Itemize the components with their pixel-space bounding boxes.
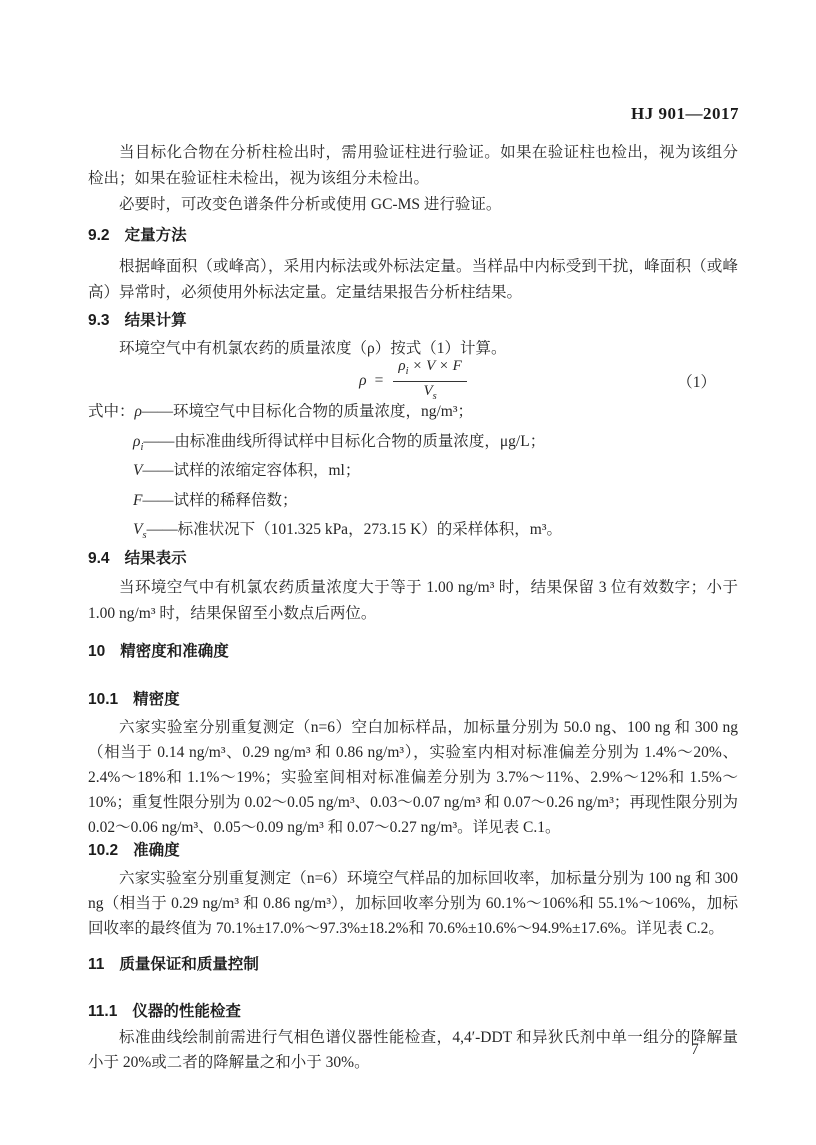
section-number: 9.2: [88, 225, 110, 247]
section-number: 10.1: [88, 689, 118, 711]
section-number: 11.1: [88, 1001, 117, 1023]
definition-rho-i: ρi——由标准曲线所得试样中目标化合物的质量浓度，μg/L；: [88, 430, 738, 460]
section-heading-9-4: 9.4 结果表示: [88, 548, 738, 570]
section-number: 9.4: [88, 548, 110, 570]
chapter-heading-11: 11 质量保证和质量控制: [88, 954, 738, 976]
chapter-heading-10: 10 精密度和准确度: [88, 641, 738, 663]
equals-sign: =: [375, 372, 384, 390]
section-heading-10-2: 10.2 准确度: [88, 840, 738, 862]
chapter-title: 精密度和准确度: [120, 641, 229, 663]
section-title: 结果表示: [125, 548, 187, 570]
section-title: 精密度: [133, 689, 180, 711]
symbol: ρ: [135, 403, 142, 420]
paragraph-quantitation: 根据峰面积（或峰高），采用内标法或外标法定量。当样品中内标受到干扰，峰面积（或峰…: [88, 254, 738, 306]
section-title: 结果计算: [125, 310, 187, 332]
section-heading-10-1: 10.1 精密度: [88, 689, 738, 711]
definition-text: ——试样的稀释倍数；: [142, 492, 297, 509]
equation-number: （1）: [677, 370, 716, 392]
definition-text: ——由标准曲线所得试样中目标化合物的质量浓度，μg/L；: [143, 433, 545, 450]
definition-text: ——试样的浓缩定容体积，ml；: [142, 462, 360, 479]
equation-lhs: ρ: [359, 372, 366, 390]
equation-1: ρ = ρi × V × F Vs （1）: [88, 362, 738, 400]
definition-vs: Vs——标准状况下（101.325 kPa，273.15 K）的采样体积，m³。: [88, 518, 738, 548]
fraction-denominator: Vs: [423, 382, 436, 405]
paragraph-validation: 当目标化合物在分析柱检出时，需用验证柱进行验证。如果在验证柱也检出，视为该组分检…: [88, 140, 738, 192]
section-number: 9.3: [88, 310, 110, 332]
chapter-title: 质量保证和质量控制: [119, 954, 259, 976]
equation-expression: ρ = ρi × V × F Vs: [359, 358, 467, 405]
denominator-variable: V: [423, 383, 432, 399]
section-heading-9-2: 9.2 定量方法: [88, 225, 738, 247]
denominator-subscript: s: [433, 391, 437, 402]
document-page: HJ 901—2017 当目标化合物在分析柱检出时，需用验证柱进行验证。如果在验…: [0, 0, 816, 1145]
section-number: 10.2: [88, 840, 118, 862]
section-heading-11-1: 11.1 仪器的性能检查: [88, 1001, 738, 1023]
paragraph-instrument-check: 标准曲线绘制前需进行气相色谱仪器性能检查，4,4′-DDT 和异狄氏剂中单一组分…: [88, 1025, 738, 1075]
definition-text: ——环境空气中目标化合物的质量浓度，ng/m³；: [142, 403, 473, 420]
section-heading-9-3: 9.3 结果计算: [88, 310, 738, 332]
paragraph-gcms-note: 必要时，可改变色谱条件分析或使用 GC-MS 进行验证。: [88, 192, 738, 218]
equation-fraction: ρi × V × F Vs: [393, 358, 466, 405]
section-title: 仪器的性能检查: [132, 1001, 241, 1023]
section-title: 定量方法: [125, 225, 187, 247]
chapter-number: 10: [88, 641, 105, 663]
definition-v: V——试样的浓缩定容体积，ml；: [88, 459, 738, 489]
where-label: 式中：: [88, 403, 135, 420]
document-content: 当目标化合物在分析柱检出时，需用验证柱进行验证。如果在验证柱也检出，视为该组分检…: [88, 140, 738, 1075]
numerator-variable: ρ: [398, 358, 405, 374]
page-number: 7: [691, 1041, 699, 1059]
paragraph-result-expression: 当环境空气中有机氯农药质量浓度大于等于 1.00 ng/m³ 时，结果保留 3 …: [88, 575, 738, 627]
numerator-rest: × V × F: [409, 358, 462, 374]
paragraph-precision: 六家实验室分别重复测定（n=6）空白加标样品，加标量分别为 50.0 ng、10…: [88, 715, 738, 840]
symbol-definitions: 式中：ρ——环境空气中目标化合物的质量浓度，ng/m³； ρi——由标准曲线所得…: [88, 400, 738, 548]
definition-f: F——试样的稀释倍数；: [88, 489, 738, 519]
section-title: 准确度: [133, 840, 180, 862]
fraction-numerator: ρi × V × F: [393, 358, 466, 382]
definition-text: ——标准状况下（101.325 kPa，273.15 K）的采样体积，m³。: [147, 521, 562, 538]
paragraph-accuracy: 六家实验室分别重复测定（n=6）环境空气样品的加标回收率，加标量分别为 100 …: [88, 866, 738, 941]
chapter-number: 11: [88, 954, 104, 976]
standard-number: HJ 901—2017: [631, 104, 739, 124]
